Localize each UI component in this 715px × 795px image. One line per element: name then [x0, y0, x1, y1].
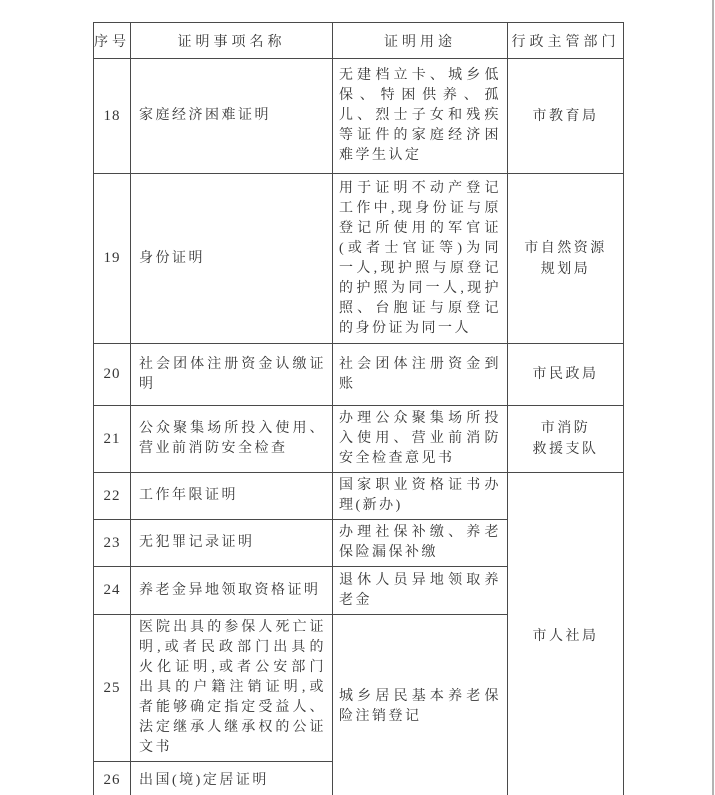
column-header-cert-name: 证明事项名称 — [131, 23, 333, 59]
column-header-no: 序号 — [94, 23, 131, 59]
cert-purpose: 社会团体注册资金到账 — [333, 344, 508, 406]
row-number: 21 — [94, 406, 131, 473]
column-header-purpose: 证明用途 — [333, 23, 508, 59]
table-row-18: 18 家庭经济困难证明 无建档立卡、城乡低保、特困供养、孤儿、烈士子女和残疾等证… — [94, 59, 624, 174]
cert-name: 出国(境)定居证明 — [131, 762, 333, 795]
cert-purpose: 办理公众聚集场所投入使用、营业前消防安全检查意见书 — [333, 406, 508, 473]
cert-purpose: 无建档立卡、城乡低保、特困供养、孤儿、烈士子女和残疾等证件的家庭经济困难学生认定 — [333, 59, 508, 174]
row-number: 20 — [94, 344, 131, 406]
row-number: 23 — [94, 520, 131, 567]
cert-purpose-merged: 城乡居民基本养老保险注销登记 — [333, 615, 508, 795]
cert-department: 市自然资源 规划局 — [508, 174, 624, 344]
row-number: 26 — [94, 762, 131, 795]
cert-department-merged: 市人社局 — [508, 473, 624, 795]
table-row-19: 19 身份证明 用于证明不动产登记工作中,现身份证与原登记所使用的军官证(或者士… — [94, 174, 624, 344]
row-number: 19 — [94, 174, 131, 344]
column-header-department: 行政主管部门 — [508, 23, 624, 59]
cert-purpose: 国家职业资格证书办理(新办) — [333, 473, 508, 520]
cert-department: 市民政局 — [508, 344, 624, 406]
row-number: 24 — [94, 567, 131, 615]
cert-name: 身份证明 — [131, 174, 333, 344]
cert-name: 公众聚集场所投入使用、营业前消防安全检查 — [131, 406, 333, 473]
cert-name: 社会团体注册资金认缴证明 — [131, 344, 333, 406]
cert-purpose: 用于证明不动产登记工作中,现身份证与原登记所使用的军官证(或者士官证等)为同一人… — [333, 174, 508, 344]
cert-name: 工作年限证明 — [131, 473, 333, 520]
row-number: 22 — [94, 473, 131, 520]
cert-name: 家庭经济困难证明 — [131, 59, 333, 174]
row-number: 25 — [94, 615, 131, 762]
row-number: 18 — [94, 59, 131, 174]
certificate-items-table: 序号 证明事项名称 证明用途 行政主管部门 18 家庭经济困难证明 无建档立卡、… — [93, 22, 624, 795]
scanned-document-page: 序号 证明事项名称 证明用途 行政主管部门 18 家庭经济困难证明 无建档立卡、… — [0, 0, 715, 795]
cert-purpose: 退休人员异地领取养老金 — [333, 567, 508, 615]
table-header-row: 序号 证明事项名称 证明用途 行政主管部门 — [94, 23, 624, 59]
cert-department: 市教育局 — [508, 59, 624, 174]
page-edge-line — [712, 0, 714, 795]
table-row-21: 21 公众聚集场所投入使用、营业前消防安全检查 办理公众聚集场所投入使用、营业前… — [94, 406, 624, 473]
cert-name: 养老金异地领取资格证明 — [131, 567, 333, 615]
cert-department: 市消防 救援支队 — [508, 406, 624, 473]
table-row-20: 20 社会团体注册资金认缴证明 社会团体注册资金到账 市民政局 — [94, 344, 624, 406]
table-row-22: 22 工作年限证明 国家职业资格证书办理(新办) 市人社局 — [94, 473, 624, 520]
cert-name: 医院出具的参保人死亡证明,或者民政部门出具的火化证明,或者公安部门出具的户籍注销… — [131, 615, 333, 762]
cert-purpose: 办理社保补缴、养老保险漏保补缴 — [333, 520, 508, 567]
cert-name: 无犯罪记录证明 — [131, 520, 333, 567]
